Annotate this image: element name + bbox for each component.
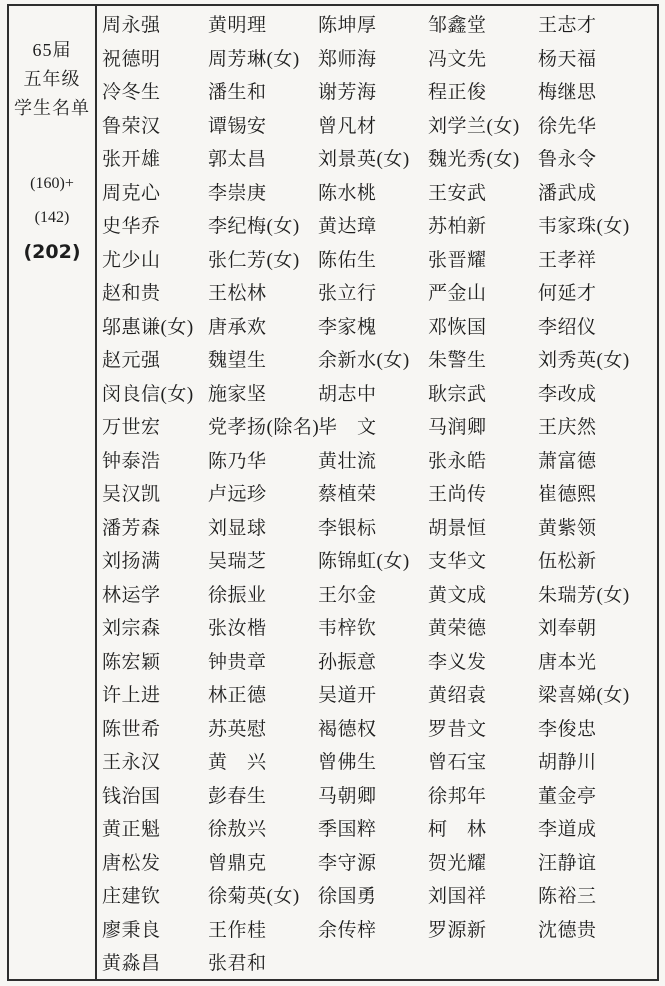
student-name: 柯 林 [428,820,538,839]
student-name: 孙振意 [318,653,428,672]
student-name: 李崇庚 [208,184,318,203]
student-name: 刘显球 [208,519,318,538]
student-name: 黄淼昌 [102,954,208,973]
student-roster-table: 65届 五年级 学生名单 (160)+ (142) (202) 周永强黄明理陈坤… [7,4,659,981]
student-name: 林运学 [102,586,208,605]
student-name: 李银标 [318,519,428,538]
student-name: 李守源 [318,854,428,873]
student-name: 严金山 [428,284,538,303]
student-name: 廖秉良 [102,921,208,940]
student-name: 王尔金 [318,586,428,605]
student-name: 陈世希 [102,720,208,739]
student-name: 余新水(女) [318,351,428,370]
scanned-roster-page: { "header": { "title_lines": ["65届", "五年… [0,0,665,986]
grade-label: 五年级 [9,65,95,94]
student-name: 萧富德 [538,452,657,471]
student-name: 王松林 [208,284,318,303]
student-name: 朱警生 [428,351,538,370]
student-name: 吴汉凯 [102,485,208,504]
student-name: 胡志中 [318,385,428,404]
student-name: 李纪梅(女) [208,217,318,236]
student-name: 吴瑞芝 [208,552,318,571]
student-name: 徐先华 [538,117,657,136]
student-name: 鲁荣汉 [102,117,208,136]
student-name: 黄壮流 [318,452,428,471]
count-total: (202) [9,235,95,269]
student-name: 庄建钦 [102,887,208,906]
student-name: 曾石宝 [428,753,538,772]
count-first: (160)+ [9,167,95,201]
student-name: 支华文 [428,552,538,571]
student-name: 周克心 [102,184,208,203]
student-name: 谭锡安 [208,117,318,136]
student-name: 张立行 [318,284,428,303]
student-name: 唐松发 [102,854,208,873]
student-name: 黄绍袁 [428,686,538,705]
student-name: 张开雄 [102,150,208,169]
roster-header-cell: 65届 五年级 学生名单 (160)+ (142) (202) [9,6,97,979]
names-grid: 周永强黄明理陈坤厚邹鑫堂王志才祝德明周芳琳(女)郑师海冯文先杨天福冷冬生潘生和谢… [97,6,657,979]
student-name: 张晋耀 [428,251,538,270]
student-name: 贺光耀 [428,854,538,873]
student-name: 刘宗森 [102,619,208,638]
student-name: 魏望生 [208,351,318,370]
student-name: 李义发 [428,653,538,672]
student-name: 赵和贵 [102,284,208,303]
student-name: 李俊忠 [538,720,657,739]
student-name: 马朝卿 [318,787,428,806]
student-name: 闵良信(女) [102,385,208,404]
student-name: 蔡植荣 [318,485,428,504]
student-name: 伍松新 [538,552,657,571]
student-name: 潘武成 [538,184,657,203]
student-name: 赵元强 [102,351,208,370]
student-name: 李家槐 [318,318,428,337]
student-name: 王孝祥 [538,251,657,270]
student-name: 曾佛生 [318,753,428,772]
student-name: 王尚传 [428,485,538,504]
student-name: 王安武 [428,184,538,203]
student-name: 朱瑞芳(女) [538,586,657,605]
student-name: 魏光秀(女) [428,150,538,169]
student-name: 曾鼎克 [208,854,318,873]
student-name: 黄正魁 [102,820,208,839]
student-name: 施家坚 [208,385,318,404]
student-name: 黄紫领 [538,519,657,538]
student-name: 徐振业 [208,586,318,605]
student-name: 黄明理 [208,16,318,35]
student-name: 王作桂 [208,921,318,940]
student-name: 崔德熙 [538,485,657,504]
student-name: 胡静川 [538,753,657,772]
student-name: 黄荣德 [428,619,538,638]
student-name: 褐德权 [318,720,428,739]
student-name: 黄 兴 [208,753,318,772]
student-name: 邬惠谦(女) [102,318,208,337]
student-name: 潘芳森 [102,519,208,538]
student-name: 谢芳海 [318,83,428,102]
student-name: 周永强 [102,16,208,35]
student-name: 王志才 [538,16,657,35]
student-name: 沈德贵 [538,921,657,940]
student-name: 张永皓 [428,452,538,471]
student-name: 林正德 [208,686,318,705]
student-name: 潘生和 [208,83,318,102]
roster-counts: (160)+ (142) (202) [9,167,95,269]
student-name: 陈宏颖 [102,653,208,672]
student-name: 郭太昌 [208,150,318,169]
student-name: 陈裕三 [538,887,657,906]
student-name: 汪静谊 [538,854,657,873]
student-name: 董金亭 [538,787,657,806]
student-name: 李改成 [538,385,657,404]
student-name: 刘奉朝 [538,619,657,638]
student-name: 张君和 [208,954,318,973]
roster-title: 65届 五年级 学生名单 [9,36,95,123]
student-name: 李绍仪 [538,318,657,337]
student-name: 卢远珍 [208,485,318,504]
student-name: 尤少山 [102,251,208,270]
student-name: 冯文先 [428,50,538,69]
student-name: 陈佑生 [318,251,428,270]
student-name: 苏英慰 [208,720,318,739]
student-name: 刘学兰(女) [428,117,538,136]
roster-name-label: 学生名单 [9,94,95,123]
student-name: 黄达璋 [318,217,428,236]
student-name: 罗源新 [428,921,538,940]
student-name: 何延才 [538,284,657,303]
student-name: 陈水桃 [318,184,428,203]
student-name: 徐邦年 [428,787,538,806]
student-name: 胡景恒 [428,519,538,538]
student-name: 祝德明 [102,50,208,69]
student-name: 王庆然 [538,418,657,437]
student-name: 刘景英(女) [318,150,428,169]
student-name: 许上进 [102,686,208,705]
student-name: 钟泰浩 [102,452,208,471]
student-name: 耿宗武 [428,385,538,404]
student-name: 党孝扬(除名) [208,418,318,437]
student-name: 梅继思 [538,83,657,102]
student-name: 冷冬生 [102,83,208,102]
student-name: 唐承欢 [208,318,318,337]
student-name: 罗昔文 [428,720,538,739]
student-name: 张仁芳(女) [208,251,318,270]
student-name: 黄文成 [428,586,538,605]
student-name: 唐本光 [538,653,657,672]
student-name: 邹鑫堂 [428,16,538,35]
student-name: 彭春生 [208,787,318,806]
student-name: 梁喜娣(女) [538,686,657,705]
student-name: 刘秀英(女) [538,351,657,370]
count-second: (142) [9,201,95,235]
student-name: 万世宏 [102,418,208,437]
student-name: 邓恢国 [428,318,538,337]
student-name: 李道成 [538,820,657,839]
student-name: 季国粹 [318,820,428,839]
student-name: 韦梓钦 [318,619,428,638]
student-name: 苏柏新 [428,217,538,236]
student-name: 郑师海 [318,50,428,69]
student-name: 刘扬满 [102,552,208,571]
student-name: 余传梓 [318,921,428,940]
student-name: 陈坤厚 [318,16,428,35]
student-name: 杨天福 [538,50,657,69]
student-name: 徐菊英(女) [208,887,318,906]
student-name: 周芳琳(女) [208,50,318,69]
student-name: 鲁永令 [538,150,657,169]
class-year-label: 65届 [9,36,95,65]
student-name: 马润卿 [428,418,538,437]
student-name: 程正俊 [428,83,538,102]
student-name: 刘国祥 [428,887,538,906]
student-name: 陈乃华 [208,452,318,471]
student-name: 陈锦虹(女) [318,552,428,571]
student-name: 钟贵章 [208,653,318,672]
student-name: 徐国勇 [318,887,428,906]
student-name: 曾凡材 [318,117,428,136]
student-name: 毕 文 [318,418,428,437]
student-name: 王永汉 [102,753,208,772]
student-name: 徐敖兴 [208,820,318,839]
student-name: 史华乔 [102,217,208,236]
student-name: 吴道开 [318,686,428,705]
student-name: 韦家珠(女) [538,217,657,236]
student-name: 钱治国 [102,787,208,806]
student-name: 张汝楷 [208,619,318,638]
